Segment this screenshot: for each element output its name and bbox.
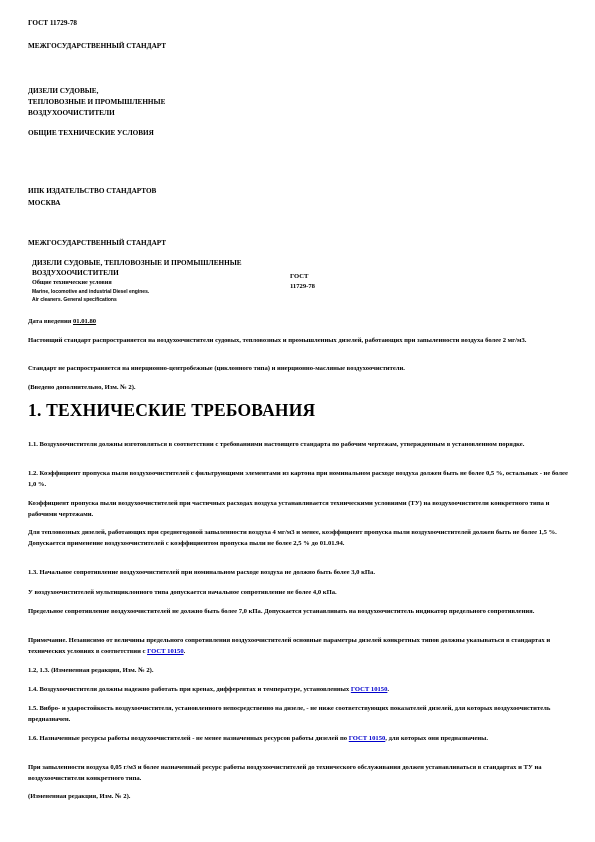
paragraph-1-2-locomotive: Для тепловозных дизелей, работающих при … — [28, 528, 568, 549]
paragraph-dust-resource: При запыленности воздуха 0,05 г/м3 и бол… — [28, 763, 568, 784]
standard-type: МЕЖГОСУДАРСТВЕННЫЙ СТАНДАРТ — [28, 41, 166, 52]
block-subtitle-en-1: Marine, locomotive and industrial Diesel… — [32, 289, 149, 296]
paragraph-1-5: 1.5. Вибро- и ударостойкость воздухоочис… — [28, 704, 568, 725]
paragraph-1-6: 1.6. Назначенные ресурсы работы воздухоо… — [28, 734, 568, 745]
document-code: ГОСТ 11729-78 — [28, 18, 77, 29]
exclusion-paragraph: Стандарт не распространяется на инерцион… — [28, 364, 568, 375]
standard-type-2: МЕЖГОСУДАРСТВЕННЫЙ СТАНДАРТ — [28, 238, 166, 249]
paragraph-1-4: 1.4. Воздухоочистители должны надежно ра… — [28, 685, 568, 696]
p14-text: 1.4. Воздухоочистители должны надежно ра… — [28, 686, 351, 693]
title-line-1: ДИЗЕЛИ СУДОВЫЕ, — [28, 86, 98, 97]
note-text: Примечание. Независимо от величины преде… — [28, 637, 550, 655]
gost-10150-link[interactable]: ГОСТ 10150 — [351, 686, 388, 693]
date-value: 01.01.80 — [73, 318, 96, 325]
note-end: . — [184, 648, 186, 655]
gost-10150-link[interactable]: ГОСТ 10150 — [147, 648, 184, 655]
paragraph-1-1: 1.1. Воздухоочистители должны изготовлят… — [28, 440, 568, 451]
block-title-line-1: ДИЗЕЛИ СУДОВЫЕ, ТЕПЛОВОЗНЫЕ И ПРОМЫШЛЕНН… — [32, 258, 242, 269]
amendment-1-2-1-3: 1.2, 1.3. (Измененная редакция, Изм. № 2… — [28, 666, 568, 677]
date-label: Дата введения — [28, 318, 71, 325]
scope-paragraph: Настоящий стандарт распространяется на в… — [28, 336, 568, 347]
introduction-date: Дата введения 01.01.80 — [28, 317, 568, 328]
p14-end: . — [387, 686, 389, 693]
block-subtitle-ru: Общие технические условия — [32, 279, 112, 288]
block-subtitle-en-2: Air cleaners. General specifications — [32, 297, 117, 304]
gost-number: 11729-78 — [290, 282, 315, 292]
p16-end: , для которых они предназначены. — [385, 735, 488, 742]
amendment-note: (Введено дополнительно, Изм. № 2). — [28, 383, 568, 394]
publisher: ИПК ИЗДАТЕЛЬСТВО СТАНДАРТОВ — [28, 186, 156, 197]
amendment-2: (Измененная редакция, Изм. № 2). — [28, 792, 568, 803]
title-line-3: ВОЗДУХООЧИСТИТЕЛИ — [28, 108, 115, 119]
paragraph-1-2: 1.2. Коэффициент пропуска пыли воздухооч… — [28, 469, 568, 490]
paragraph-1-3-multicyclone: У воздухоочистителей мультициклонного ти… — [28, 588, 568, 599]
city: МОСКВА — [28, 198, 60, 209]
note-paragraph: Примечание. Независимо от величины преде… — [28, 636, 568, 657]
block-title-line-2: ВОЗДУХООЧИСТИТЕЛИ — [32, 268, 119, 279]
paragraph-1-3: 1.3. Начальное сопротивление воздухоочис… — [28, 568, 568, 579]
subtitle: ОБЩИЕ ТЕХНИЧЕСКИЕ УСЛОВИЯ — [28, 128, 154, 139]
gost-10150-link[interactable]: ГОСТ 10150 — [349, 735, 386, 742]
paragraph-1-2-partial-flow: Коэффициент пропуска пыли воздухоочистит… — [28, 499, 568, 520]
paragraph-1-3-limit: Предельное сопротивление воздухоочистите… — [28, 607, 568, 618]
section-heading: 1. ТЕХНИЧЕСКИЕ ТРЕБОВАНИЯ — [28, 400, 315, 421]
p16-text: 1.6. Назначенные ресурсы работы воздухоо… — [28, 735, 349, 742]
gost-label: ГОСТ — [290, 272, 308, 282]
title-line-2: ТЕПЛОВОЗНЫЕ И ПРОМЫШЛЕННЫЕ — [28, 97, 165, 108]
